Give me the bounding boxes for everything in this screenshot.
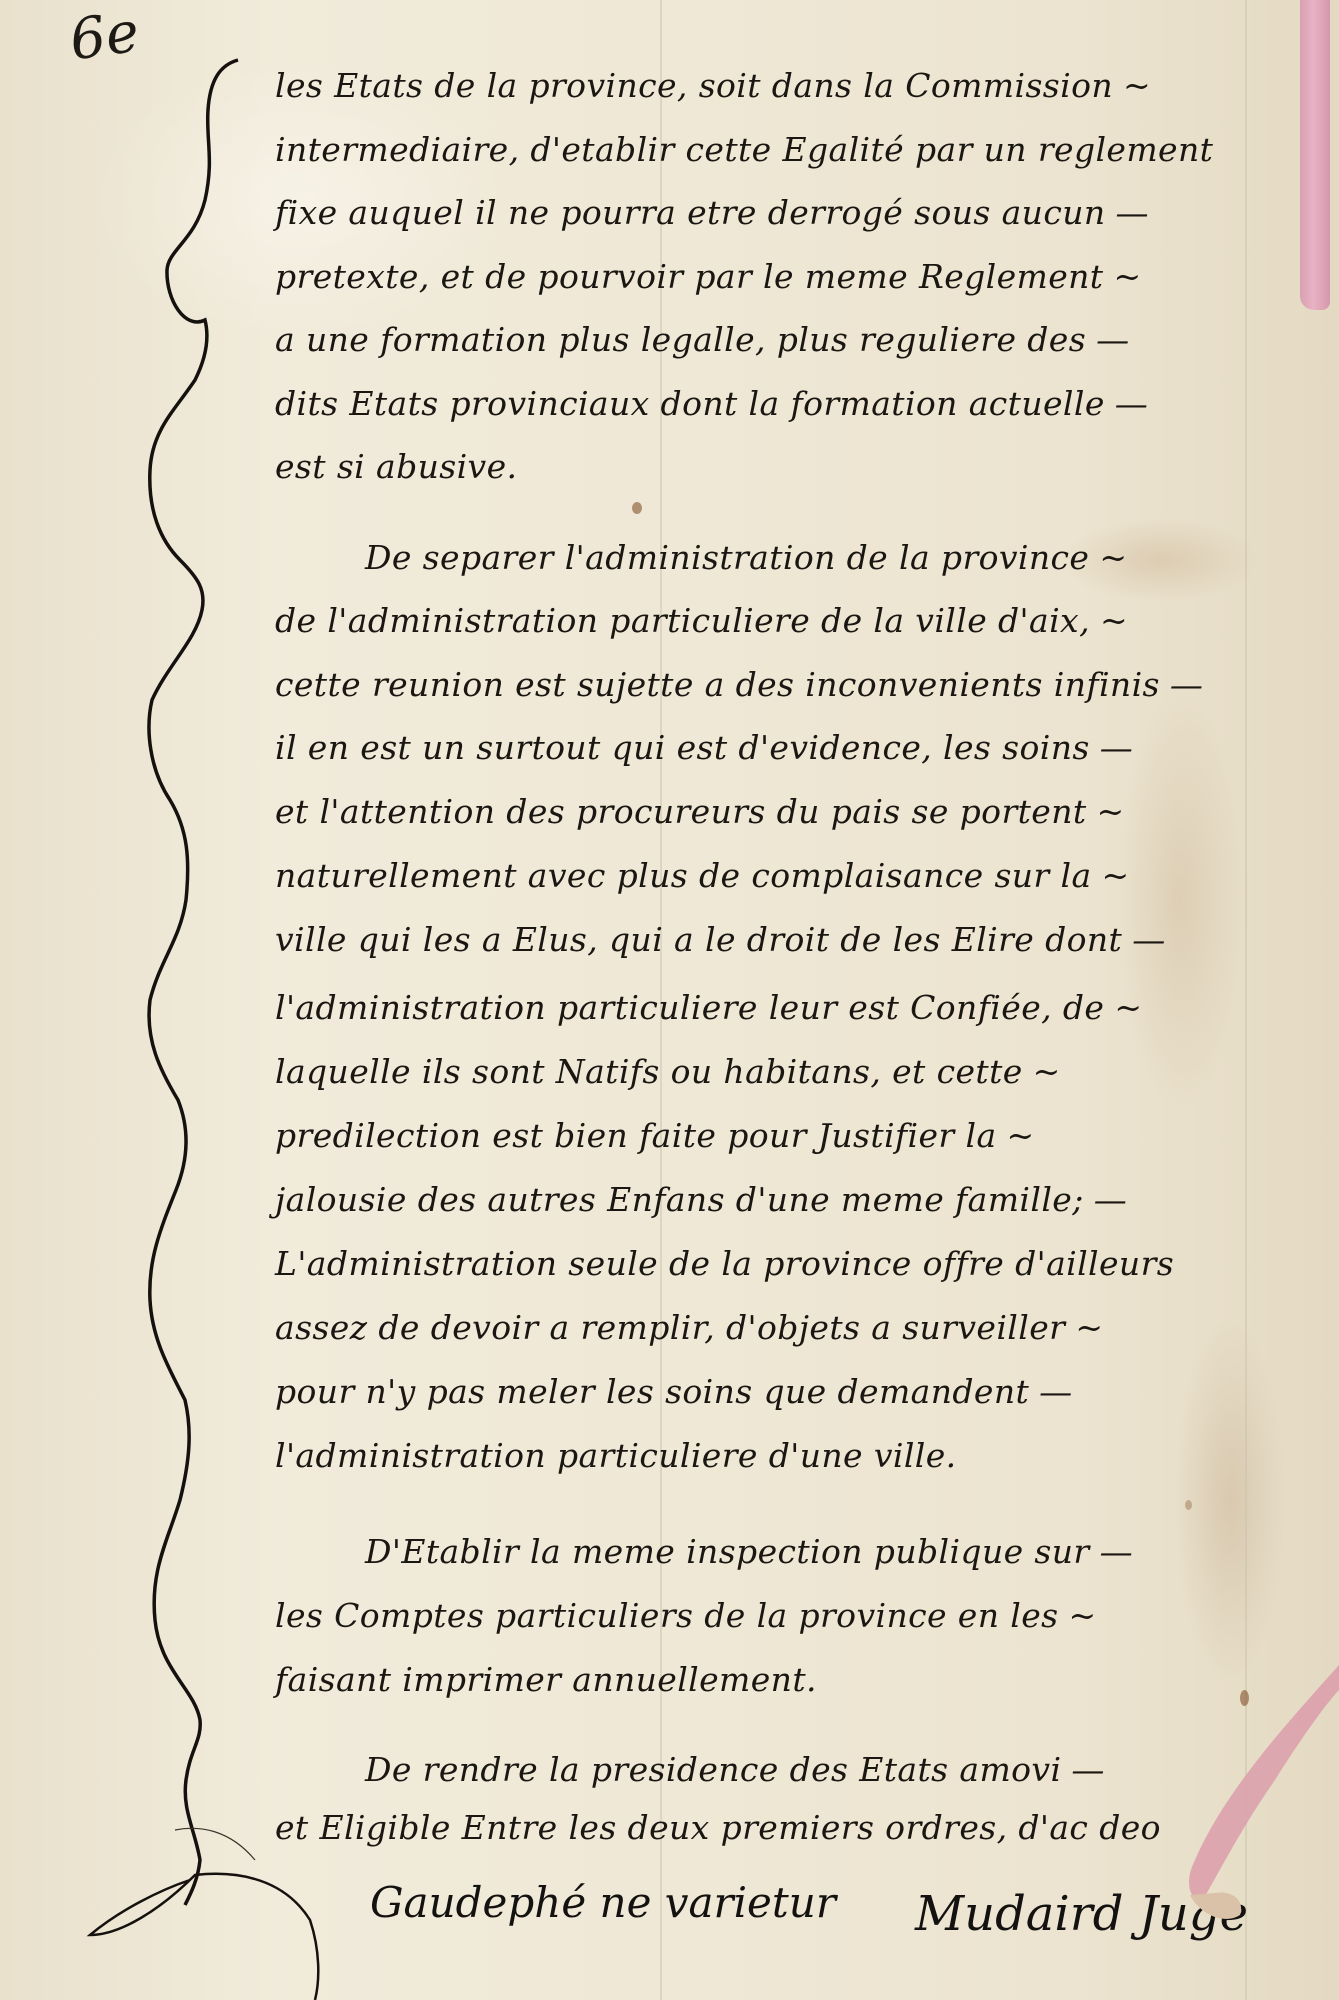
paragraph-start-line: D'Etablir la meme inspection publique su… (365, 1532, 1299, 1571)
signature-paraph: Gaudephé ne varietur (370, 1878, 836, 1927)
margin-brace-icon (0, 0, 320, 2000)
text-line: et l'attention des procureurs du pais se… (275, 792, 1299, 831)
text-line: il en est un surtout qui est d'evidence,… (275, 728, 1299, 767)
text-line: jalousie des autres Enfans d'une meme fa… (275, 1180, 1299, 1219)
text-line: laquelle ils sont Natifs ou habitans, et… (275, 1052, 1299, 1091)
text-line: L'administration seule de la province of… (275, 1244, 1299, 1283)
signature-judge: Mudaird Juge (915, 1886, 1248, 1942)
text-line: est si abusive. (275, 447, 1299, 486)
ink-stain (632, 502, 642, 514)
text-line: a une formation plus legalle, plus regul… (275, 320, 1299, 359)
text-line: assez de devoir a remplir, d'objets a su… (275, 1308, 1299, 1347)
text-line: predilection est bien faite pour Justifi… (275, 1116, 1299, 1155)
text-line: dits Etats provinciaux dont la formation… (275, 384, 1299, 423)
text-line: naturellement avec plus de complaisance … (275, 856, 1299, 895)
text-line: l'administration particuliere leur est C… (275, 988, 1299, 1027)
text-line: les Comptes particuliers de la province … (275, 1596, 1299, 1635)
paragraph-start-line: De separer l'administration de la provin… (365, 538, 1299, 577)
text-line: et Eligible Entre les deux premiers ordr… (275, 1808, 1299, 1847)
ink-stain (1185, 1500, 1192, 1510)
binding-ribbon (1300, 0, 1330, 310)
manuscript-page: 6e les Etats de la province, soit dans l… (0, 0, 1339, 2000)
paragraph-start-line: De rendre la presidence des Etats amovi— (365, 1750, 1299, 1789)
text-line: l'administration particuliere d'une vill… (275, 1436, 1299, 1475)
text-line: cette reunion est sujette a des inconven… (275, 665, 1299, 704)
text-line: faisant imprimer annuellement. (275, 1660, 1299, 1699)
text-line: de l'administration particuliere de la v… (275, 601, 1299, 640)
text-line: les Etats de la province, soit dans la C… (275, 66, 1299, 105)
text-line: ville qui les a Elus, qui a le droit de … (275, 920, 1299, 959)
text-line: fixe auquel il ne pourra etre derrogé so… (275, 193, 1299, 232)
text-line: intermediaire, d'etablir cette Egalité p… (275, 130, 1299, 169)
text-line: pour n'y pas meler les soins que demande… (275, 1372, 1299, 1411)
text-line: pretexte, et de pourvoir par le meme Reg… (275, 257, 1299, 296)
